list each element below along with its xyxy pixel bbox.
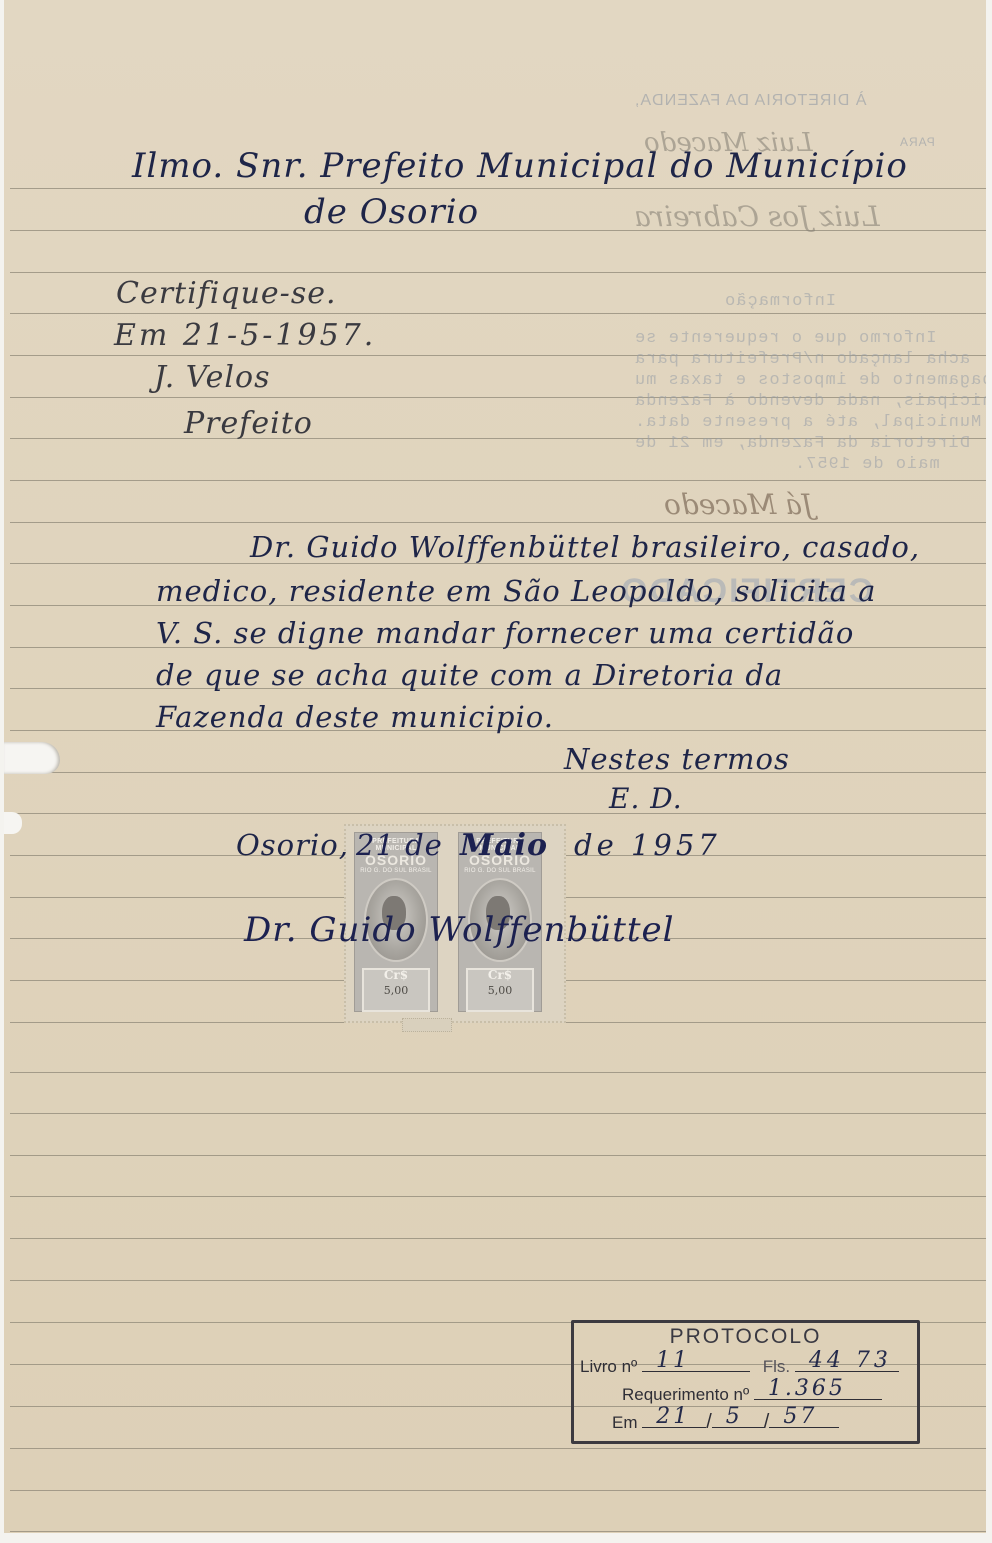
body-line: Dr. Guido Wolffenbüttel brasileiro, casa…	[250, 530, 920, 564]
rule	[10, 1155, 986, 1156]
body-line: medico, residente em São Leopoldo, solic…	[156, 574, 876, 608]
em-month-field: 5	[712, 1413, 764, 1428]
dispatch-date: Em 21-5-1957.	[114, 318, 376, 353]
bleed-info-line: Informo que o requerente se	[634, 329, 936, 348]
closing-nestes-termos: Nestes termos	[564, 742, 790, 776]
stamp-selvage	[402, 1018, 452, 1032]
rule	[10, 522, 986, 523]
requerimento-label: Requerimento nº	[622, 1385, 749, 1404]
address-line-1: Ilmo. Snr. Prefeito Municipal do Municíp…	[132, 146, 908, 186]
rule	[10, 772, 986, 773]
protocolo-title: PROTOCOLO	[574, 1325, 917, 1349]
rule	[10, 1448, 986, 1449]
rule	[10, 480, 986, 481]
rule	[10, 813, 986, 814]
bleed-info-line: nicipais, nada devendo à Fazenda	[634, 392, 986, 411]
bleed-info-title: Informação	[724, 292, 836, 311]
paper-tear	[4, 812, 22, 834]
closing-ed: E. D.	[609, 782, 683, 815]
petitioner-signature: Dr. Guido Wolffenbüttel	[244, 910, 675, 950]
dateline-day: 21 de	[356, 828, 443, 862]
stamp-value: 5,00	[364, 984, 428, 997]
stamp-value-box: Cr$ 5,00	[466, 968, 534, 1012]
em-month: 5	[726, 1404, 743, 1429]
bleed-info-line: acha lançado n/Prefeitura para	[634, 350, 970, 369]
paper-tear	[4, 742, 60, 774]
rule	[10, 1280, 986, 1281]
stamp-value-box: Cr$ 5,00	[362, 968, 430, 1012]
rule	[10, 272, 986, 273]
fls-field: 44 73	[795, 1357, 899, 1372]
stamp-currency: Cr$	[468, 968, 532, 982]
dispatch-signature: J. Velos	[154, 360, 271, 395]
requerimento-value: 1.365	[768, 1376, 846, 1401]
stamp-value: 5,00	[468, 984, 532, 997]
body-line: V. S. se digne mandar fornecer uma certi…	[156, 616, 854, 650]
dateline-month: Maio	[460, 828, 548, 863]
requerimento-field: 1.365	[754, 1385, 882, 1400]
livro-value: 11	[656, 1348, 690, 1373]
address-line-2: de Osorio	[304, 192, 479, 232]
rule	[10, 1238, 986, 1239]
em-day: 21	[656, 1404, 690, 1429]
protocolo-stamp: PROTOCOLO Livro nº 11 Fls. 44 73 Requeri…	[571, 1320, 920, 1444]
stamp-currency: Cr$	[364, 968, 428, 982]
em-year-field: 57	[769, 1413, 839, 1428]
bleed-info-line: maio de 1957.	[794, 455, 940, 474]
bleed-signature-lower: Luiz Jos Cabreira	[634, 200, 880, 233]
rule	[10, 188, 986, 189]
dateline-year: de 1957	[574, 828, 721, 862]
stamp-state: RIO G. DO SUL BRASIL	[459, 868, 541, 874]
bleed-header: À DIRETORIA DA FAZENDA,	[634, 92, 867, 110]
stamp-state: RIO G. DO SUL BRASIL	[355, 868, 437, 874]
protocolo-em-row: Em 21/5/57	[612, 1411, 839, 1434]
protocolo-livro-row: Livro nº 11 Fls. 44 73	[580, 1357, 899, 1377]
rule	[10, 1196, 986, 1197]
livro-label: Livro nº	[580, 1357, 637, 1376]
bleed-info-line: Diretoria da Fazenda, em 21 de	[634, 434, 970, 453]
rule	[10, 1490, 986, 1491]
bleed-info-line: pagamento de impostos e taxas mu	[634, 371, 986, 390]
rule	[10, 1113, 986, 1114]
document-page: À DIRETORIA DA FAZENDA, PARA Luiz Macedo…	[4, 0, 986, 1533]
bleed-info-line: Municipal, até a presente data.	[634, 413, 981, 432]
body-line: de que se acha quite com a Diretoria da	[156, 658, 783, 692]
rule	[10, 313, 986, 314]
bleed-info-signature: Já Macedo	[664, 488, 813, 521]
body-line: Fazenda deste municipio.	[156, 700, 554, 734]
em-day-field: 21	[642, 1413, 706, 1428]
fls-label: Fls.	[763, 1357, 790, 1376]
rule	[10, 1531, 986, 1532]
em-label: Em	[612, 1413, 638, 1432]
livro-field: 11	[642, 1357, 750, 1372]
dispatch-title: Prefeito	[184, 406, 313, 441]
rule	[10, 1072, 986, 1073]
dispatch-order: Certifique-se.	[116, 276, 337, 311]
dateline-city: Osorio,	[236, 828, 349, 862]
em-year: 57	[783, 1404, 817, 1429]
fls-value: 44 73	[809, 1348, 892, 1373]
protocolo-requerimento-row: Requerimento nº 1.365	[622, 1385, 882, 1405]
